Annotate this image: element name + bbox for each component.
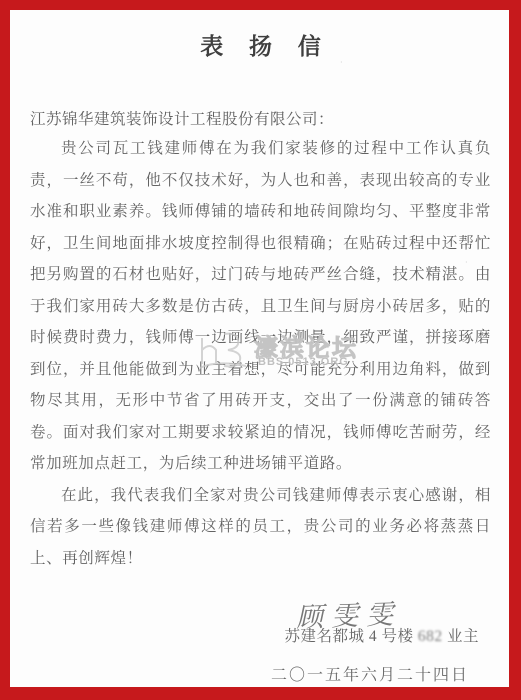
letter-date: 二〇一五年六月二十四日 — [271, 662, 469, 685]
address-prefix: 苏建名都城 4 号楼 — [284, 628, 417, 645]
address-suffix: 业主 — [443, 628, 479, 645]
signer-address-line: 苏建名都城 4 号楼 682 业主 — [284, 624, 479, 646]
body-paragraph-1: 贵公司瓦工钱建师傅在为我们家装修的过程中工作认真负责，一丝不苟，他不仅技术好，为… — [30, 133, 491, 480]
paper-speck: · — [340, 58, 343, 67]
letter-body: 贵公司瓦工钱建师傅在为我们家装修的过程中工作认真负责，一丝不苟，他不仅技术好，为… — [30, 133, 491, 574]
letter-paper: 表 扬 信 江苏锦华建筑装饰设计工程股份有限公司： 贵公司瓦工钱建师傅在为我们家… — [10, 10, 509, 687]
paper-speck: · — [465, 258, 468, 267]
red-border-frame: 表 扬 信 江苏锦华建筑装饰设计工程股份有限公司： 贵公司瓦工钱建师傅在为我们家… — [0, 0, 521, 700]
letter-title: 表 扬 信 — [40, 28, 491, 61]
salutation-line: 江苏锦华建筑装饰设计工程股份有限公司： — [30, 107, 491, 129]
body-paragraph-2: 在此，我代表我们全家对贵公司钱建师傅表示衷心感谢，相信若多一些像钱建师傅这样的员… — [30, 480, 491, 575]
censored-unit-number: 682 — [418, 628, 443, 646]
letter-content: 表 扬 信 江苏锦华建筑装饰设计工程股份有限公司： 贵公司瓦工钱建师傅在为我们家… — [10, 10, 509, 687]
